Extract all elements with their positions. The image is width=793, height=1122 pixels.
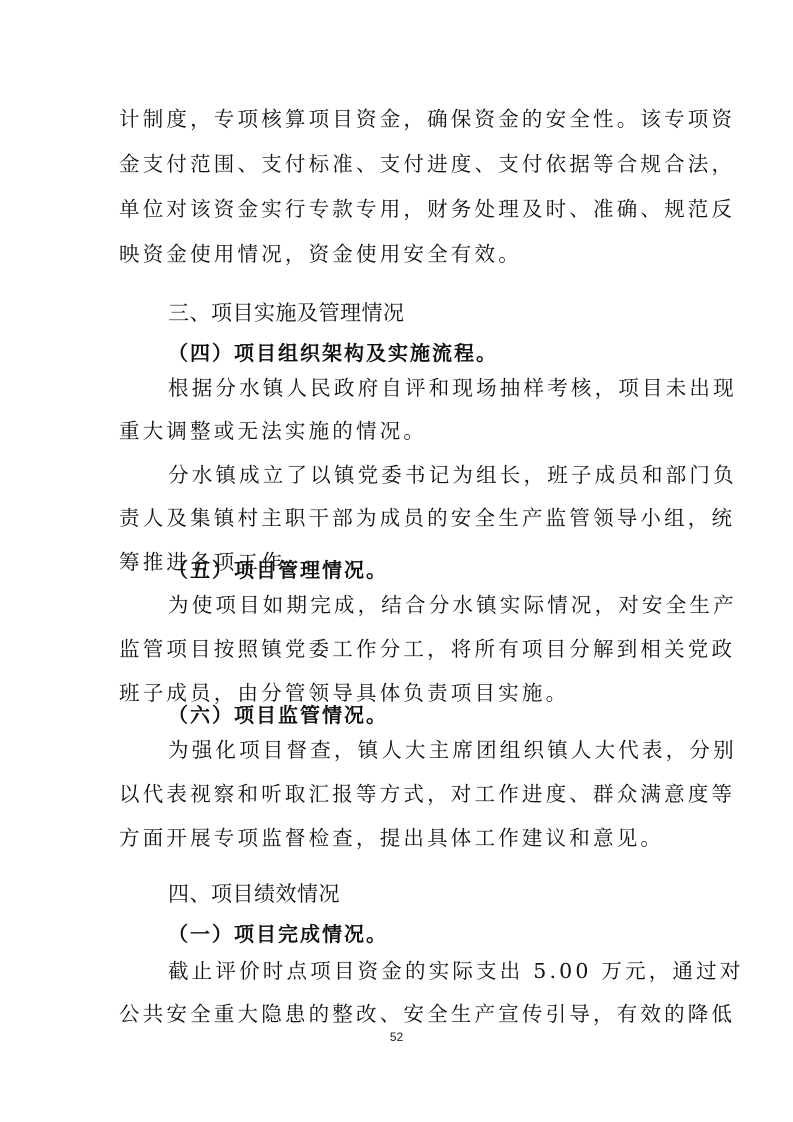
subsection-heading: （六）项目监管情况。 (168, 699, 388, 728)
paragraph-line: 重大调整或无法实施的情况。 (119, 419, 675, 443)
paragraph-line: 公共安全重大隐患的整改、安全生产宣传引导，有效的降低 (119, 1002, 675, 1026)
page-number: 52 (0, 1030, 793, 1044)
paragraph-line: 金支付范围、支付标准、支付进度、支付依据等合规合法， (119, 152, 675, 176)
paragraph-line: 责人及集镇村主职干部为成员的安全生产监管领导小组，统 (119, 506, 675, 530)
subsection-heading: （四）项目组织架构及实施流程。 (168, 337, 498, 366)
paragraph-line: 分水镇成立了以镇党委书记为组长，班子成员和部门负 (168, 463, 675, 487)
section-heading: 四、项目绩效情况 (168, 878, 340, 908)
paragraph-line: 为使项目如期完成，结合分水镇实际情况，对安全生产 (168, 593, 675, 617)
paragraph-line: 监管项目按照镇党委工作分工，将所有项目分解到相关党政 (119, 637, 675, 661)
document-page: 计制度，专项核算项目资金，确保资金的安全性。该专项资 金支付范围、支付标准、支付… (0, 0, 793, 1122)
paragraph-line: 映资金使用情况，资金使用安全有效。 (119, 242, 675, 266)
paragraph-line: 方面开展专项监督检查，提出具体工作建议和意见。 (119, 826, 675, 850)
section-heading: 三、项目实施及管理情况 (168, 297, 405, 327)
subsection-heading: （一）项目完成情况。 (168, 918, 388, 947)
paragraph-line: 单位对该资金实行专款专用，财务处理及时、准确、规范反 (119, 197, 675, 221)
paragraph-line: 以代表视察和听取汇报等方式，对工作进度、群众满意度等 (119, 782, 675, 806)
subsection-heading: （五）项目管理情况。 (168, 554, 388, 583)
paragraph-line: 根据分水镇人民政府自评和现场抽样考核，项目未出现 (168, 376, 675, 400)
paragraph-line: 截止评价时点项目资金的实际支出 5.00 万元，通过对 (168, 959, 675, 983)
paragraph-line: 为强化项目督查，镇人大主席团组织镇人大代表，分别 (168, 738, 675, 762)
paragraph-line: 计制度，专项核算项目资金，确保资金的安全性。该专项资 (119, 107, 675, 131)
